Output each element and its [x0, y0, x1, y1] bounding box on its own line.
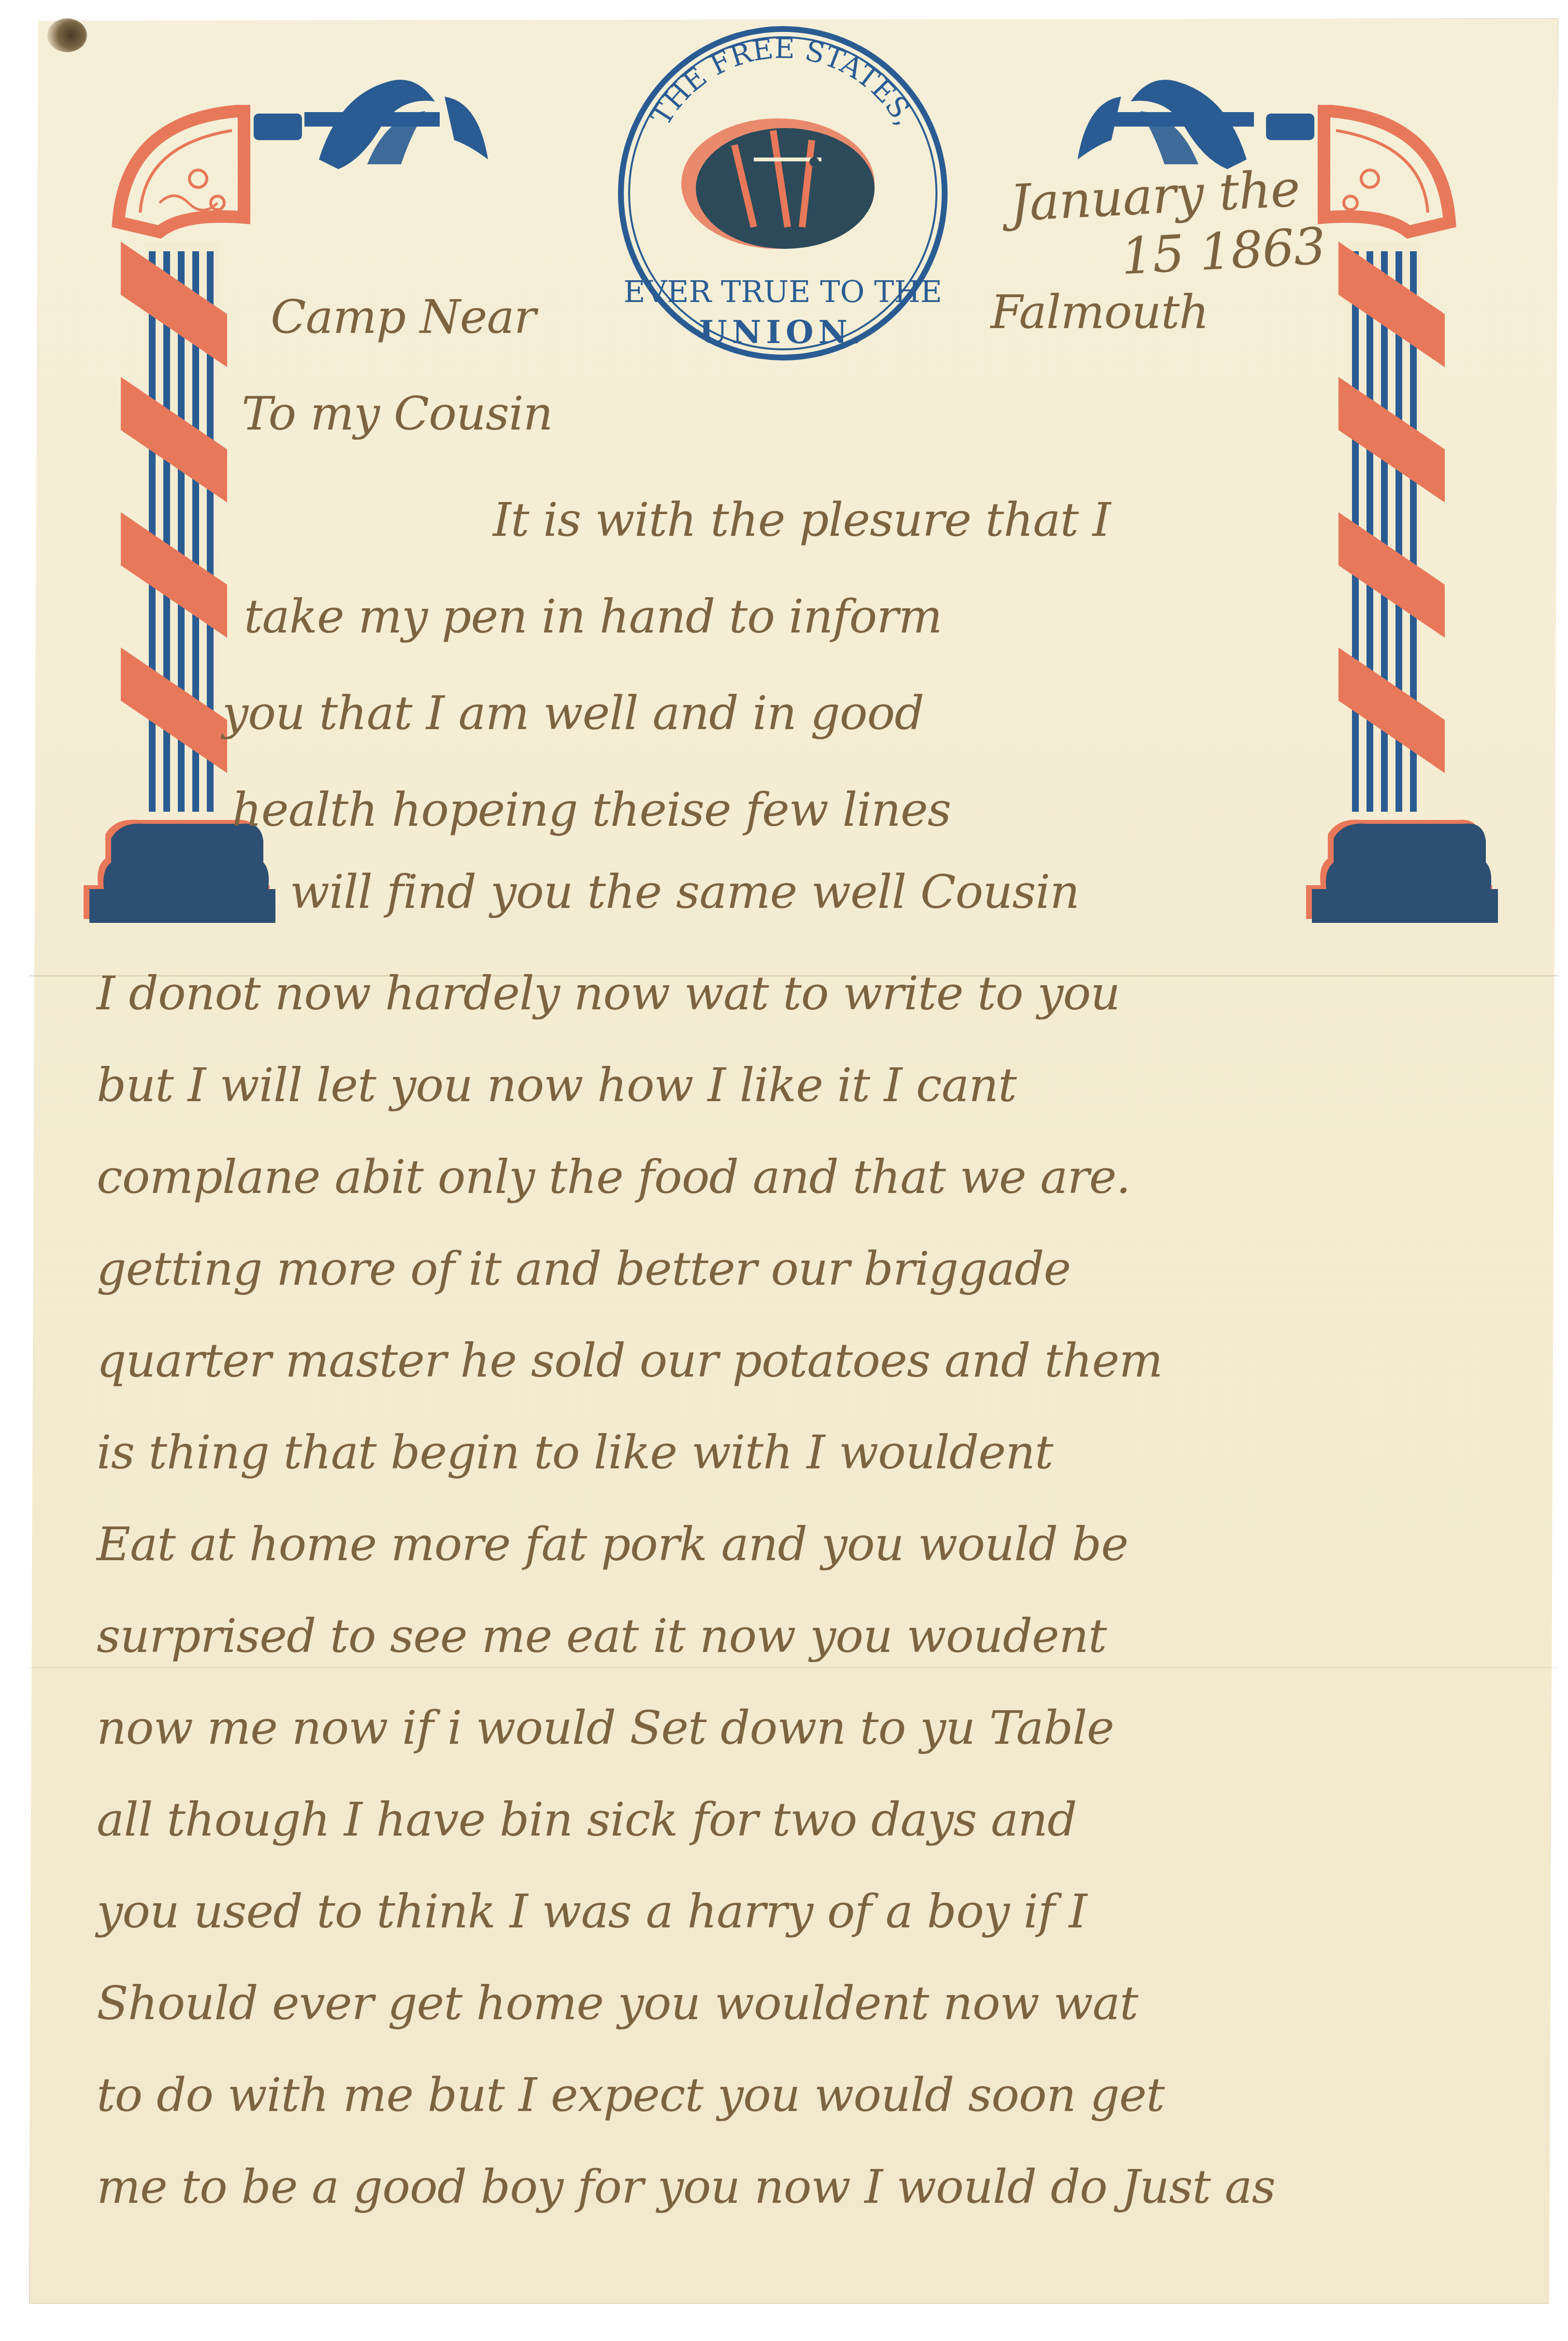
body-line-7: but I will let you now how I like it I c…	[97, 1058, 1016, 1112]
body-line-8: complane abit only the food and that we …	[97, 1150, 1130, 1204]
body-line-13: surprised to see me eat it now you woude…	[97, 1609, 1107, 1663]
seal-bottom-text: UNION.	[699, 313, 866, 351]
left-column-capital-icon	[118, 111, 244, 232]
body-line-9: getting more of it and better our brigga…	[97, 1242, 1071, 1296]
body-line-5: will find you the same well Cousin	[290, 865, 1079, 919]
left-acanthus-scroll-icon	[254, 80, 488, 169]
eagle-flags-vignette-icon	[681, 118, 875, 249]
body-line-18: to do with me but I expect you would soo…	[97, 2068, 1165, 2122]
body-line-15: all though I have bin sick for two days …	[97, 1793, 1077, 1847]
right-column-base-icon	[1306, 819, 1498, 923]
place-name: Falmouth	[991, 285, 1208, 339]
body-line-10: quarter master he sold our potatoes and …	[97, 1334, 1163, 1388]
place-line: Camp Near	[271, 290, 536, 344]
body-line-17: Should ever get home you wouldent now wa…	[97, 1976, 1138, 2030]
body-line-12: Eat at home more fat pork and you would …	[97, 1517, 1128, 1571]
date-day-year: 15 1863	[1120, 216, 1327, 286]
body-line-6: I donot now hardely now wat to write to …	[97, 966, 1120, 1020]
body-line-19: me to be a good boy for you now I would …	[97, 2160, 1275, 2214]
salutation: To my Cousin	[242, 387, 553, 441]
right-striped-column-icon	[1338, 242, 1445, 812]
body-line-11: is thing that begin to like with I would…	[97, 1425, 1053, 1479]
union-seal: THE FREE STATES, EVER TRUE TO THE UNION.	[621, 29, 945, 358]
right-column-capital-icon	[1324, 111, 1450, 232]
left-striped-column-icon	[121, 242, 227, 812]
body-line-3: you that I am well and in good	[222, 686, 924, 740]
body-line-4: health hopeing theise few lines	[232, 783, 951, 837]
body-line-1: It is with the plesure that I	[493, 493, 1110, 547]
body-line-14: now me now if i would Set down to yu Tab…	[97, 1701, 1114, 1755]
body-line-16: you used to think I was a harry of a boy…	[97, 1884, 1087, 1939]
body-line-2: take my pen in hand to inform	[244, 589, 942, 644]
seal-top-text: THE FREE STATES,	[644, 32, 921, 131]
right-acanthus-scroll-icon	[1078, 80, 1314, 169]
seal-middle-text: EVER TRUE TO THE	[623, 274, 942, 309]
